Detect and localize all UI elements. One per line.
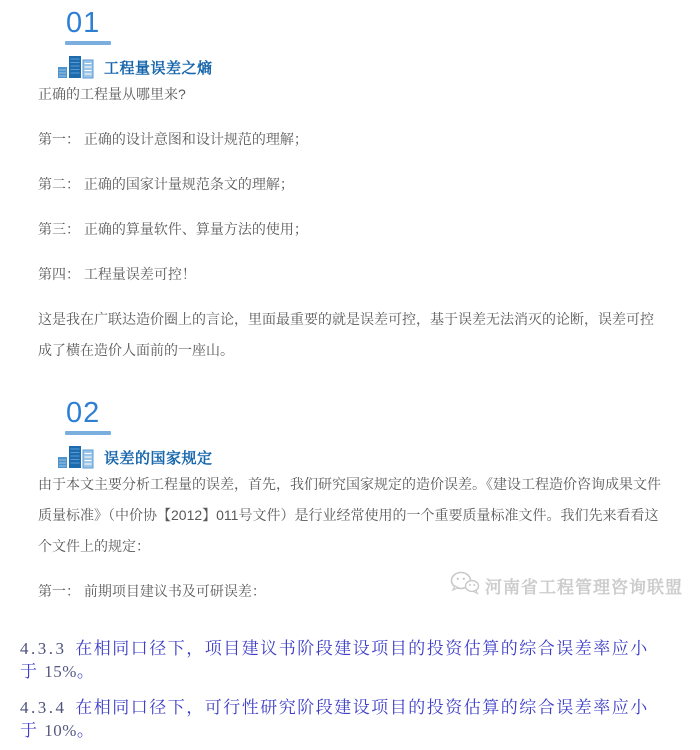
section-2-title: 误差的国家规定 [104, 449, 213, 469]
paragraph: 正确的工程量从哪里来? [38, 79, 662, 110]
paragraph: 第二： 正确的国家计量规范条文的理解； [38, 169, 662, 200]
section-1-number-underline [65, 41, 111, 45]
clause-number: 4.3.3 [20, 639, 67, 658]
section-2-heading: 误差的国家规定 [57, 445, 662, 469]
watermark-text: 河南省工程管理咨询联盟 [485, 573, 683, 598]
clause-value: 10% [44, 721, 77, 740]
paragraph: 第四： 工程量误差可控！ [38, 259, 662, 290]
paragraph-with-watermark: 第一： 前期项目建议书及可研误差： [38, 576, 662, 607]
section-2-number: 02 [66, 396, 662, 430]
section-1: 01 [38, 6, 662, 366]
article-page: 01 [0, 0, 700, 750]
excerpt-clause-4-3-3: 4.3.3 在相同口径下，项目建议书阶段建设项目的投资估算的综合误差率应小于 1… [20, 637, 662, 683]
clause-suffix: 。 [77, 721, 96, 740]
bar-chart-icon [57, 445, 95, 469]
clause-number: 4.3.4 [20, 698, 67, 717]
clause-value: 15% [44, 662, 77, 681]
section-1-number: 01 [66, 6, 662, 40]
paragraph: 第一： 正确的设计意图和设计规范的理解； [38, 124, 662, 155]
clause-text: 在相同口径下，项目建议书阶段建设项目的投资估算的综合误差率应小于 [20, 639, 649, 681]
clause-suffix: 。 [77, 662, 96, 681]
clause-text: 在相同口径下，可行性研究阶段建设项目的投资估算的综合误差率应小于 [20, 698, 649, 740]
wechat-icon [450, 570, 480, 601]
paragraph: 由于本文主要分析工程量的误差，首先，我们研究国家规定的造价误差。《建设工程造价咨… [38, 469, 662, 562]
paragraph: 这是我在广联达造价圈上的言论，里面最重要的就是误差可控，基于误差无法消灭的论断，… [38, 304, 662, 366]
section-2: 02 [38, 396, 662, 607]
standard-excerpt: 4.3.3 在相同口径下，项目建议书阶段建设项目的投资估算的综合误差率应小于 1… [20, 637, 662, 742]
bar-chart-icon [57, 55, 95, 79]
paragraph: 第三： 正确的算量软件、算量方法的使用； [38, 214, 662, 245]
section-1-title: 工程量误差之熵 [104, 59, 213, 79]
section-1-heading: 工程量误差之熵 [57, 55, 662, 79]
excerpt-clause-4-3-4: 4.3.4 在相同口径下，可行性研究阶段建设项目的投资估算的综合误差率应小于 1… [20, 696, 662, 742]
article-content: 01 [0, 0, 700, 742]
watermark: 河南省工程管理咨询联盟 [450, 570, 683, 601]
section-2-number-underline [65, 431, 111, 435]
